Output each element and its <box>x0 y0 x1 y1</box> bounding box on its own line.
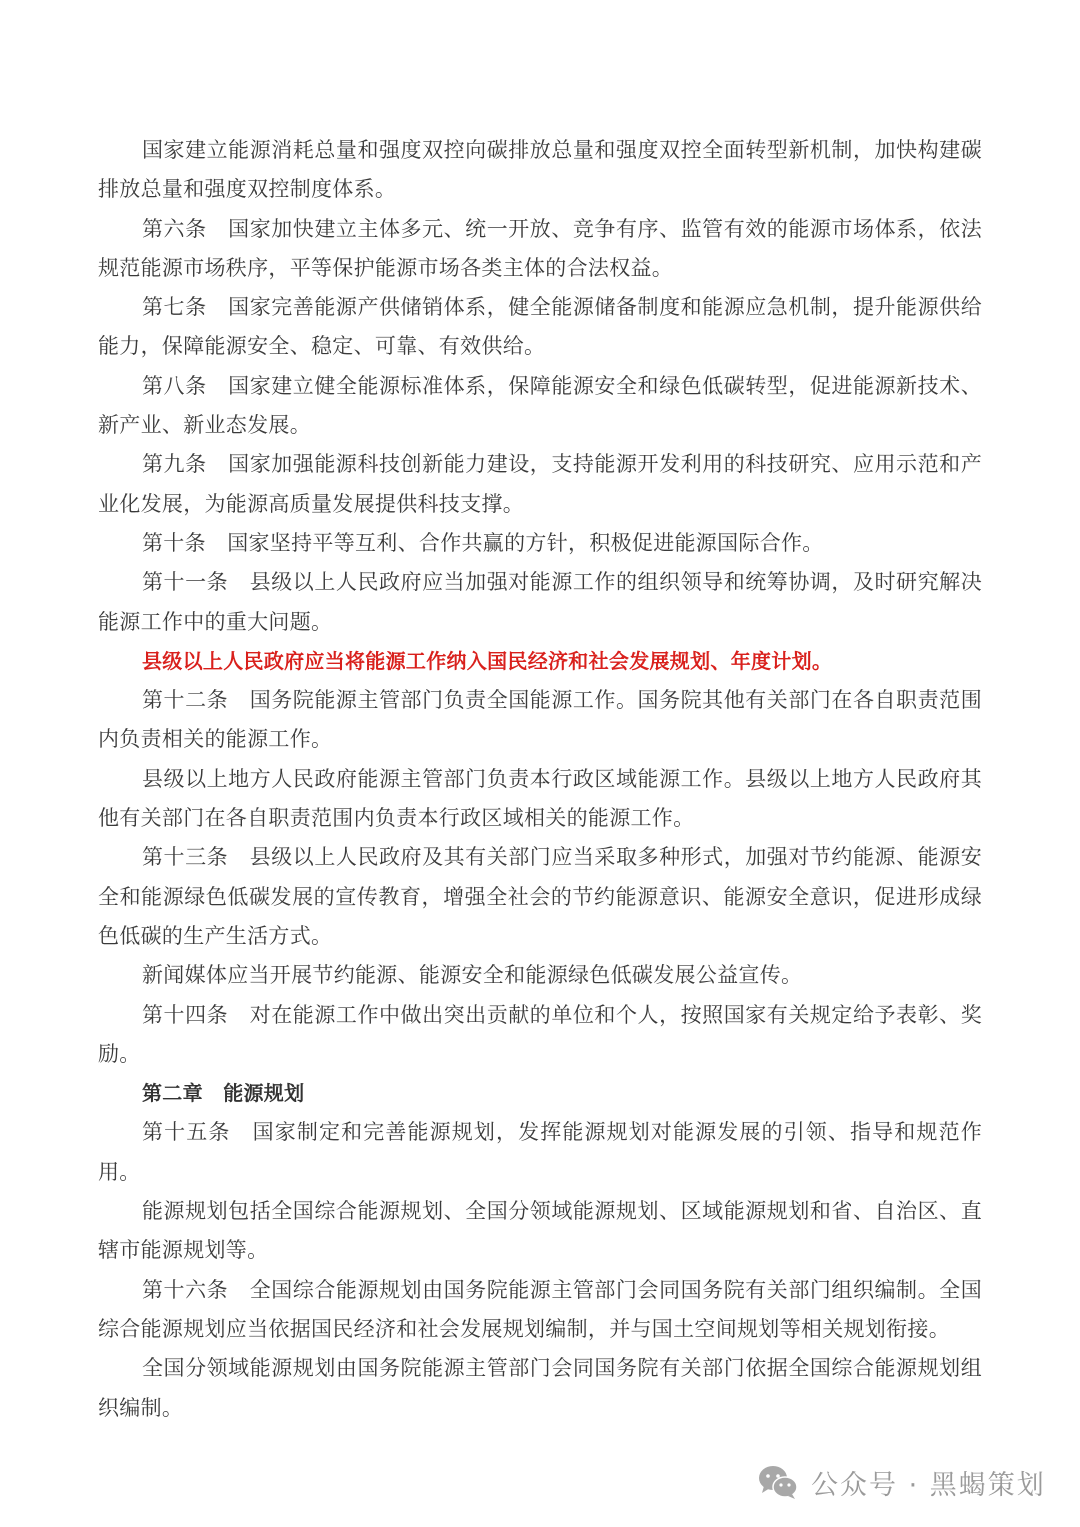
paragraph-article-12: 第十二条 国务院能源主管部门负责全国能源工作。国务院其他有关部门在各自职责范围内… <box>98 681 982 760</box>
paragraph-article-8: 第八条 国家建立健全能源标准体系，保障能源安全和绿色低碳转型，促进能源新技术、新… <box>98 367 982 446</box>
highlighted-paragraph: 县级以上人民政府应当将能源工作纳入国民经济和社会发展规划、年度计划。 <box>98 642 982 681</box>
paragraph-article-7: 第七条 国家完善能源产供储销体系，健全能源储备制度和能源应急机制，提升能源供给能… <box>98 288 982 367</box>
paragraph-dual-control: 国家建立能源消耗总量和强度双控向碳排放总量和强度双控全面转型新机制，加快构建碳排… <box>98 131 982 210</box>
paragraph-article-13: 第十三条 县级以上人民政府及其有关部门应当采取多种形式，加强对节约能源、能源安全… <box>98 838 982 956</box>
paragraph-article-14: 第十四条 对在能源工作中做出突出贡献的单位和个人，按照国家有关规定给予表彰、奖励… <box>98 996 982 1075</box>
paragraph-article-13-media: 新闻媒体应当开展节约能源、能源安全和能源绿色低碳发展公益宣传。 <box>98 956 982 995</box>
wechat-icon <box>757 1464 799 1500</box>
watermark-text: 公众号 · 黑蝎策划 <box>811 1463 1046 1502</box>
paragraph-article-15-scope: 能源规划包括全国综合能源规划、全国分领域能源规划、区域能源规划和省、自治区、直辖… <box>98 1192 982 1271</box>
paragraph-article-9: 第九条 国家加强能源科技创新能力建设，支持能源开发利用的科技研究、应用示范和产业… <box>98 445 982 524</box>
chapter-heading: 第二章 能源规划 <box>98 1074 982 1113</box>
document-page: 国家建立能源消耗总量和强度双控向碳排放总量和强度双控全面转型新机制，加快构建碳排… <box>98 131 982 1428</box>
paragraph-article-16: 第十六条 全国综合能源规划由国务院能源主管部门会同国务院有关部门组织编制。全国综… <box>98 1271 982 1350</box>
paragraph-article-11: 第十一条 县级以上人民政府应当加强对能源工作的组织领导和统筹协调，及时研究解决能… <box>98 563 982 642</box>
paragraph-article-6: 第六条 国家加快建立主体多元、统一开放、竞争有序、监管有效的能源市场体系，依法规… <box>98 210 982 289</box>
paragraph-article-10: 第十条 国家坚持平等互利、合作共赢的方针，积极促进能源国际合作。 <box>98 524 982 563</box>
watermark: 公众号 · 黑蝎策划 <box>757 1462 1046 1502</box>
paragraph-article-12-local: 县级以上地方人民政府能源主管部门负责本行政区域能源工作。县级以上地方人民政府其他… <box>98 760 982 839</box>
paragraph-article-15: 第十五条 国家制定和完善能源规划，发挥能源规划对能源发展的引领、指导和规范作用。 <box>98 1113 982 1192</box>
paragraph-article-16-sector: 全国分领域能源规划由国务院能源主管部门会同国务院有关部门依据全国综合能源规划组织… <box>98 1349 982 1428</box>
